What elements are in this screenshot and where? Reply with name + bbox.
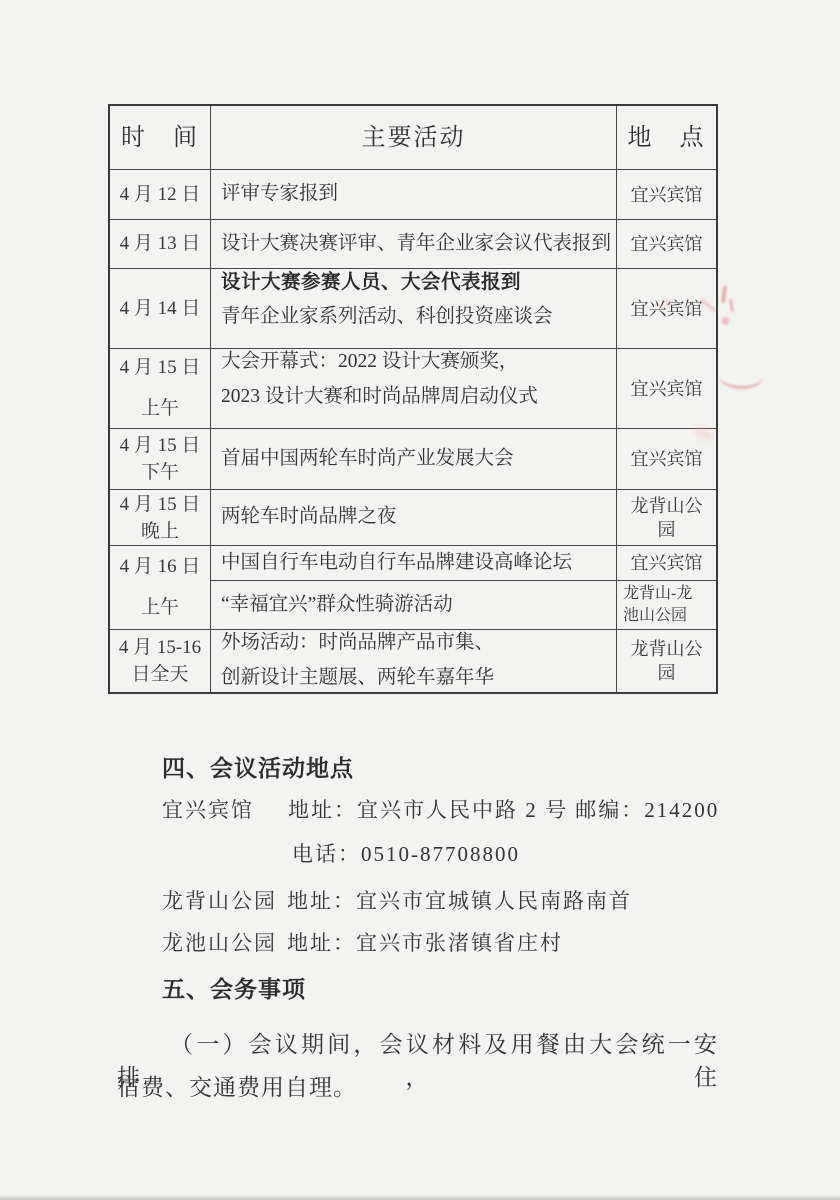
row-location: 龙背山公 园 <box>617 490 716 546</box>
time-line: 上午 <box>141 596 179 620</box>
schedule-table: 时 间 主要活动 地 点 4 月 12 日 评审专家报到 宜兴宾馆 4 月 13… <box>108 104 718 694</box>
row-activity: 大会开幕式：2022 设计大赛颁奖， 2023 设计大赛和时尚品牌周启动仪式 <box>211 349 617 429</box>
paragraph-line: 宿费、交通费用自理。 <box>117 1069 718 1102</box>
activity-line: 创新设计主题展、两轮车嘉年华 <box>221 665 494 691</box>
activity-line: 2023 设计大赛和时尚品牌周启动仪式 <box>221 384 538 410</box>
header-time: 时 间 <box>110 106 211 170</box>
row-activity: 首届中国两轮车时尚产业发展大会 <box>211 429 617 490</box>
venue-name: 宜兴宾馆 <box>162 794 288 824</box>
section4-heading: 四、会议活动地点 <box>162 750 354 783</box>
scanned-document-page: 时 间 主要活动 地 点 4 月 12 日 评审专家报到 宜兴宾馆 4 月 13… <box>0 0 840 1200</box>
venue-detail: 地址：宜兴市人民中路 2 号 邮编：214200 <box>288 798 719 822</box>
section5-heading: 五、会务事项 <box>162 971 306 1004</box>
time-line: 下午 <box>141 459 179 486</box>
row-location: 宜兴宾馆 <box>617 170 716 220</box>
time-line: 日全天 <box>131 661 188 688</box>
row-time: 4 月 14 日 <box>110 269 211 349</box>
row-time: 4 月 15 日 上午 <box>110 349 211 429</box>
venue-name: 龙背山公园 <box>162 885 277 915</box>
time-line: 4 月 15 日 <box>120 356 201 380</box>
row-time-merged: 4 月 16 日 上午 <box>110 546 211 630</box>
header-location: 地 点 <box>617 106 716 170</box>
row-location: 宜兴宾馆 <box>617 269 716 349</box>
activity-line: 外场活动：时尚品牌产品市集、 <box>221 630 494 656</box>
red-ink-smudge <box>719 364 763 389</box>
red-ink-smudge <box>721 286 727 303</box>
venue-line: 宜兴宾馆地址：宜兴市人民中路 2 号 邮编：214200 <box>162 794 719 824</box>
row-time: 4 月 12 日 <box>110 170 211 220</box>
time-line: 4 月 15 日 <box>120 432 201 459</box>
venue-line: 龙背山公园地址：宜兴市宜城镇人民南路南首 <box>162 885 632 915</box>
red-ink-smudge <box>722 317 729 325</box>
venue-name: 龙池山公园 <box>162 927 277 957</box>
venue-line: 龙池山公园地址：宜兴市张渚镇省庄村 <box>162 927 563 957</box>
row-location: 宜兴宾馆 <box>617 429 716 490</box>
row-activity: 设计大赛参赛人员、大会代表报到 青年企业家系列活动、科创投资座谈会 <box>211 269 617 349</box>
row-time: 4 月 15 日 下午 <box>110 429 211 490</box>
row-activity: 外场活动：时尚品牌产品市集、 创新设计主题展、两轮车嘉年华 <box>211 630 617 692</box>
activity-line-bold: 设计大赛参赛人员、大会代表报到 <box>221 269 521 295</box>
venue-detail: 电话：0510-87708800 <box>292 842 520 866</box>
row-location: 龙背山公 园 <box>617 630 716 692</box>
venue-detail: 地址：宜兴市宜城镇人民南路南首 <box>287 889 632 913</box>
row-activity: “幸福宜兴”群众性骑游活动 <box>211 581 617 630</box>
row-time: 4 月 13 日 <box>110 220 211 269</box>
venue-line-phone: 电话：0510-87708800 <box>292 838 520 868</box>
time-line: 4 月 16 日 <box>120 555 201 579</box>
row-location: 龙背山-龙 池山公园 <box>617 581 716 630</box>
row-time: 4 月 15-16 日全天 <box>110 630 211 692</box>
row-location: 宜兴宾馆 <box>617 220 716 269</box>
row-activity: 设计大赛决赛评审、青年企业家会议代表报到 <box>211 220 617 269</box>
row-activity: 评审专家报到 <box>211 170 617 220</box>
row-time: 4 月 15 日 晚上 <box>110 490 211 546</box>
time-line: 上午 <box>141 397 179 421</box>
activity-line: 青年企业家系列活动、科创投资座谈会 <box>221 304 553 330</box>
row-location: 宜兴宾馆 <box>617 349 716 429</box>
header-activity: 主要活动 <box>211 106 617 170</box>
row-activity: 中国自行车电动自行车品牌建设高峰论坛 <box>211 546 617 581</box>
row-location: 宜兴宾馆 <box>617 546 716 581</box>
activity-line: 大会开幕式：2022 设计大赛颁奖， <box>221 349 518 375</box>
scan-bottom-edge <box>0 1195 840 1200</box>
venue-detail: 地址：宜兴市张渚镇省庄村 <box>287 931 563 955</box>
time-line: 晚上 <box>141 518 179 545</box>
time-line: 4 月 15-16 <box>119 634 201 661</box>
time-line: 4 月 15 日 <box>120 491 201 518</box>
row-activity: 两轮车时尚品牌之夜 <box>211 490 617 546</box>
red-ink-smudge <box>729 299 734 312</box>
